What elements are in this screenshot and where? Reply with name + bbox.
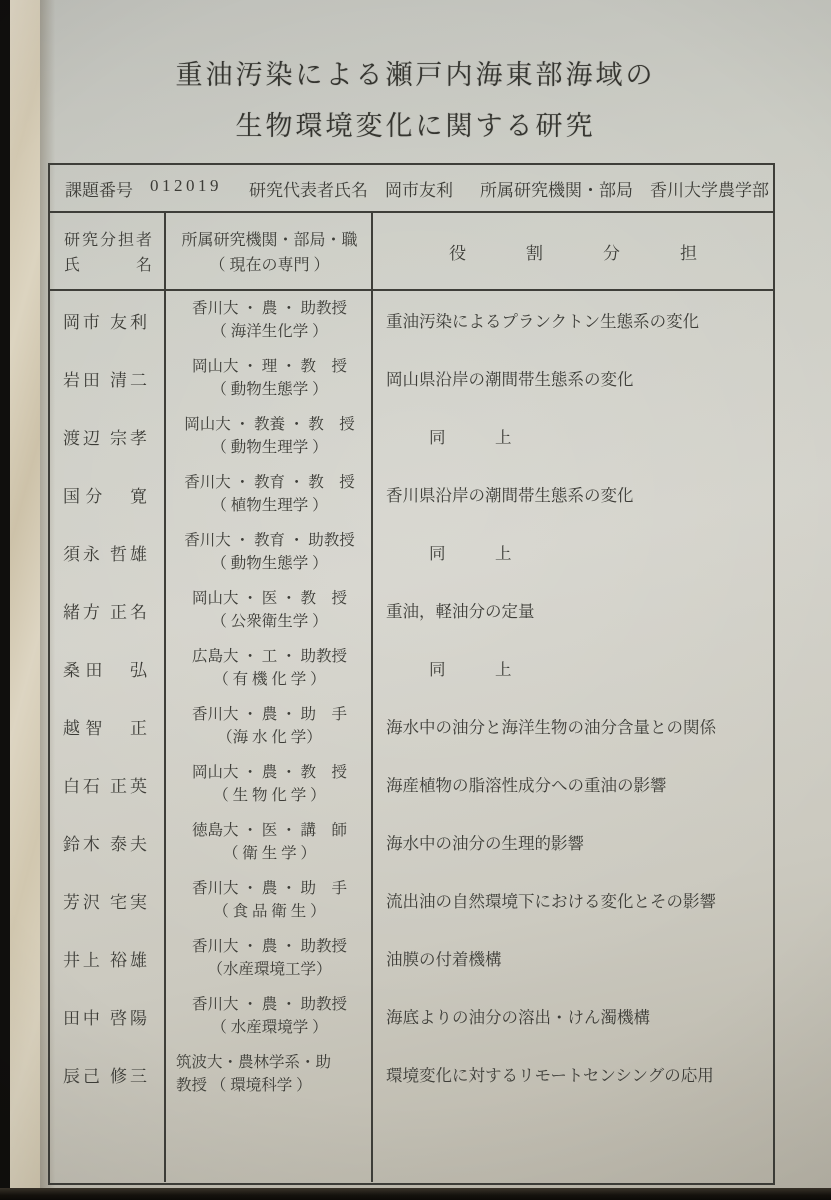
column-divider-2 [371, 213, 373, 1182]
affiliation-line1: 岡山大 ・ 農 ・ 教 授 [170, 761, 369, 784]
affiliation-line2: （ 動物生理学 ） [170, 436, 369, 459]
principal-investigator-label: 研究代表者氏名 [249, 176, 368, 201]
institution-value: 香川大学農学部 [650, 176, 769, 201]
project-number-label: 課題番号 [65, 176, 133, 201]
researcher-name: 井上 裕雄 [63, 946, 147, 971]
col-header-researcher-name: 研究分担者 氏 名 [50, 213, 166, 289]
table-row: 芳沢 宅実 香川大 ・ 農 ・ 助 手 （ 食 品 衛 生 ） 流出油の自然環境… [50, 871, 773, 929]
researcher-name: 辰己 修三 [63, 1062, 147, 1087]
affiliation-line2: （ 生 物 化 学 ） [170, 784, 369, 807]
project-meta-row: 課題番号 012019 研究代表者氏名 岡市友利 所属研究機関・部局 香川大学農… [50, 165, 773, 213]
affiliation-line1: 岡山大 ・ 医 ・ 教 授 [170, 587, 369, 610]
principal-investigator-pair: 研究代表者氏名 岡市友利 [249, 176, 453, 201]
role-assignment: 環境変化に対するリモートセンシングの応用 [373, 1045, 773, 1103]
researcher-name-cell: 白石 正英 [50, 755, 166, 813]
researcher-name: 白石 正英 [63, 772, 147, 797]
role-assignment: 重油汚染によるプランクトン生態系の変化 [373, 291, 773, 349]
table-row: 渡辺 宗孝 岡山大 ・ 教養 ・ 教 授 （ 動物生理学 ） 同 上 [50, 407, 773, 465]
table-row: 井上 裕雄 香川大 ・ 農 ・ 助教授 （水産環境工学） 油膜の付着機構 [50, 929, 773, 987]
role-assignment: 同 上 [373, 523, 773, 581]
affiliation-cell: 香川大 ・ 農 ・ 助 手 （ 食 品 衛 生 ） [166, 871, 373, 929]
role-assignment: 重油，軽油分の定量 [373, 581, 773, 639]
col-header-affiliation-line2: （ 現在の専門 ） [166, 253, 373, 278]
affiliation-cell: 香川大 ・ 農 ・ 助 手 （海 水 化 学） [166, 697, 373, 755]
col-header-researcher-line1: 研究分担者 [64, 228, 152, 253]
affiliation-line2: （海 水 化 学） [170, 726, 369, 749]
researcher-name-cell: 辰己 修三 [50, 1045, 166, 1103]
principal-investigator-value: 岡市友利 [385, 176, 453, 201]
researcher-name-cell: 鈴木 泰夫 [50, 813, 166, 871]
researcher-name: 岩田 清二 [63, 366, 147, 391]
researcher-name-cell: 桑田 弘 [50, 639, 166, 697]
researcher-name-cell: 須永 哲雄 [50, 523, 166, 581]
researcher-name: 国分 寛 [63, 482, 147, 507]
affiliation-line2: （ 有 機 化 学 ） [170, 668, 369, 691]
affiliation-line2: （ 動物生態学 ） [170, 378, 369, 401]
col-header-researcher-line2: 氏 名 [64, 253, 152, 278]
col-header-affiliation-line1: 所属研究機関・部局・職 [166, 228, 373, 253]
photographed-document-page: 重油汚染による瀬戸内海東部海域の 生物環境変化に関する研究 課題番号 01201… [0, 0, 831, 1200]
affiliation-cell: 広島大 ・ 工 ・ 助教授 （ 有 機 化 学 ） [166, 639, 373, 697]
institution-label: 所属研究機関・部局 [480, 176, 633, 201]
photo-bottom-edge [0, 1188, 831, 1200]
role-assignment: 岡山県沿岸の潮間帯生態系の変化 [373, 349, 773, 407]
affiliation-line2: 教授 （ 環境科学 ） [176, 1074, 369, 1097]
role-assignment: 油膜の付着機構 [373, 929, 773, 987]
affiliation-line2: （ 植物生理学 ） [170, 494, 369, 517]
affiliation-line2: （水産環境工学） [170, 958, 369, 981]
researcher-name-cell: 渡辺 宗孝 [50, 407, 166, 465]
table-row: 鈴木 泰夫 徳島大 ・ 医 ・ 講 師 （ 衛 生 学 ） 海水中の油分の生理的… [50, 813, 773, 871]
affiliation-cell: 香川大 ・ 教育 ・ 助教授 （ 動物生態学 ） [166, 523, 373, 581]
table-row: 田中 啓陽 香川大 ・ 農 ・ 助教授 （ 水産環境学 ） 海底よりの油分の溶出… [50, 987, 773, 1045]
table-row: 辰己 修三 筑波大・農林学系・助 教授 （ 環境科学 ） 環境変化に対するリモー… [50, 1045, 773, 1103]
researcher-name-cell: 岩田 清二 [50, 349, 166, 407]
researcher-name-cell: 越智 正 [50, 697, 166, 755]
role-assignment: 香川県沿岸の潮間帯生態系の変化 [373, 465, 773, 523]
affiliation-line1: 広島大 ・ 工 ・ 助教授 [170, 645, 369, 668]
table-body: 岡市 友利 香川大 ・ 農 ・ 助教授 （ 海洋生化学 ） 重油汚染によるプラン… [50, 291, 773, 1103]
table-grid-area: 研究分担者 氏 名 所属研究機関・部局・職 （ 現在の専門 ） 役割分担 岡市 … [50, 213, 773, 1182]
affiliation-line2: （ 衛 生 学 ） [170, 842, 369, 865]
affiliation-line1: 岡山大 ・ 教養 ・ 教 授 [170, 413, 369, 436]
affiliation-line2: （ 公衆衛生学 ） [170, 610, 369, 633]
role-assignment: 海底よりの油分の溶出・けん濁機構 [373, 987, 773, 1045]
role-assignment: 海産植物の脂溶性成分への重油の影響 [373, 755, 773, 813]
affiliation-line1: 筑波大・農林学系・助 [176, 1051, 369, 1074]
page-edge-strip [10, 0, 40, 1190]
affiliation-line2: （ 食 品 衛 生 ） [170, 900, 369, 923]
researcher-name-cell: 国分 寛 [50, 465, 166, 523]
document-title-line2: 生物環境変化に関する研究 [0, 101, 831, 152]
institution-pair: 所属研究機関・部局 香川大学農学部 [480, 176, 769, 201]
researcher-name: 緒方 正名 [63, 598, 147, 623]
affiliation-cell: 徳島大 ・ 医 ・ 講 師 （ 衛 生 学 ） [166, 813, 373, 871]
affiliation-line2: （ 水産環境学 ） [170, 1016, 369, 1039]
researcher-name-cell: 緒方 正名 [50, 581, 166, 639]
affiliation-cell: 岡山大 ・ 理 ・ 教 授 （ 動物生態学 ） [166, 349, 373, 407]
affiliation-cell: 筑波大・農林学系・助 教授 （ 環境科学 ） [166, 1045, 373, 1103]
affiliation-cell: 香川大 ・ 農 ・ 助教授 （水産環境工学） [166, 929, 373, 987]
researcher-name-cell: 田中 啓陽 [50, 987, 166, 1045]
document-title: 重油汚染による瀬戸内海東部海域の 生物環境変化に関する研究 [0, 50, 831, 152]
table-row: 緒方 正名 岡山大 ・ 医 ・ 教 授 （ 公衆衛生学 ） 重油，軽油分の定量 [50, 581, 773, 639]
affiliation-cell: 香川大 ・ 教育 ・ 教 授 （ 植物生理学 ） [166, 465, 373, 523]
affiliation-line1: 徳島大 ・ 医 ・ 講 師 [170, 819, 369, 842]
researcher-name: 越智 正 [63, 714, 147, 739]
role-assignment: 海水中の油分の生理的影響 [373, 813, 773, 871]
researcher-name-cell: 芳沢 宅実 [50, 871, 166, 929]
researcher-name-cell: 岡市 友利 [50, 291, 166, 349]
affiliation-line1: 香川大 ・ 農 ・ 助教授 [170, 297, 369, 320]
table-row: 白石 正英 岡山大 ・ 農 ・ 教 授 （ 生 物 化 学 ） 海産植物の脂溶性… [50, 755, 773, 813]
researchers-table: 課題番号 012019 研究代表者氏名 岡市友利 所属研究機関・部局 香川大学農… [48, 163, 775, 1185]
affiliation-line2: （ 動物生態学 ） [170, 552, 369, 575]
affiliation-cell: 岡山大 ・ 教養 ・ 教 授 （ 動物生理学 ） [166, 407, 373, 465]
book-spine-edge [0, 0, 10, 1200]
researcher-name: 岡市 友利 [63, 308, 147, 333]
role-assignment: 流出油の自然環境下における変化とその影響 [373, 871, 773, 929]
affiliation-cell: 香川大 ・ 農 ・ 助教授 （ 水産環境学 ） [166, 987, 373, 1045]
affiliation-line1: 香川大 ・ 農 ・ 助 手 [170, 703, 369, 726]
researcher-name: 桑田 弘 [63, 656, 147, 681]
affiliation-line1: 香川大 ・ 農 ・ 助教授 [170, 993, 369, 1016]
column-divider-1 [164, 213, 166, 1182]
col-header-affiliation: 所属研究機関・部局・職 （ 現在の専門 ） [166, 213, 373, 289]
table-row: 岩田 清二 岡山大 ・ 理 ・ 教 授 （ 動物生態学 ） 岡山県沿岸の潮間帯生… [50, 349, 773, 407]
table-row: 須永 哲雄 香川大 ・ 教育 ・ 助教授 （ 動物生態学 ） 同 上 [50, 523, 773, 581]
affiliation-line1: 香川大 ・ 教育 ・ 教 授 [170, 471, 369, 494]
affiliation-line1: 香川大 ・ 農 ・ 助教授 [170, 935, 369, 958]
project-number-value: 012019 [150, 176, 222, 201]
researcher-name: 田中 啓陽 [63, 1004, 147, 1029]
researcher-name: 渡辺 宗孝 [63, 424, 147, 449]
researcher-name: 芳沢 宅実 [63, 888, 147, 913]
role-assignment: 海水中の油分と海洋生物の油分含量との関係 [373, 697, 773, 755]
table-row: 桑田 弘 広島大 ・ 工 ・ 助教授 （ 有 機 化 学 ） 同 上 [50, 639, 773, 697]
role-assignment: 同 上 [373, 639, 773, 697]
table-row: 岡市 友利 香川大 ・ 農 ・ 助教授 （ 海洋生化学 ） 重油汚染によるプラン… [50, 291, 773, 349]
affiliation-cell: 岡山大 ・ 医 ・ 教 授 （ 公衆衛生学 ） [166, 581, 373, 639]
affiliation-line1: 香川大 ・ 教育 ・ 助教授 [170, 529, 369, 552]
col-header-role: 役割分担 [373, 213, 773, 289]
table-row: 国分 寛 香川大 ・ 教育 ・ 教 授 （ 植物生理学 ） 香川県沿岸の潮間帯生… [50, 465, 773, 523]
document-title-line1: 重油汚染による瀬戸内海東部海域の [0, 50, 831, 101]
table-row: 越智 正 香川大 ・ 農 ・ 助 手 （海 水 化 学） 海水中の油分と海洋生物… [50, 697, 773, 755]
researcher-name: 須永 哲雄 [63, 540, 147, 565]
project-number-pair: 課題番号 012019 [65, 176, 222, 201]
role-assignment: 同 上 [373, 407, 773, 465]
affiliation-line1: 岡山大 ・ 理 ・ 教 授 [170, 355, 369, 378]
col-header-role-label: 役割分担 [449, 239, 697, 264]
affiliation-cell: 岡山大 ・ 農 ・ 教 授 （ 生 物 化 学 ） [166, 755, 373, 813]
affiliation-line1: 香川大 ・ 農 ・ 助 手 [170, 877, 369, 900]
researcher-name-cell: 井上 裕雄 [50, 929, 166, 987]
affiliation-line2: （ 海洋生化学 ） [170, 320, 369, 343]
affiliation-cell: 香川大 ・ 農 ・ 助教授 （ 海洋生化学 ） [166, 291, 373, 349]
table-header-row: 研究分担者 氏 名 所属研究機関・部局・職 （ 現在の専門 ） 役割分担 [50, 213, 773, 291]
researcher-name: 鈴木 泰夫 [63, 830, 147, 855]
